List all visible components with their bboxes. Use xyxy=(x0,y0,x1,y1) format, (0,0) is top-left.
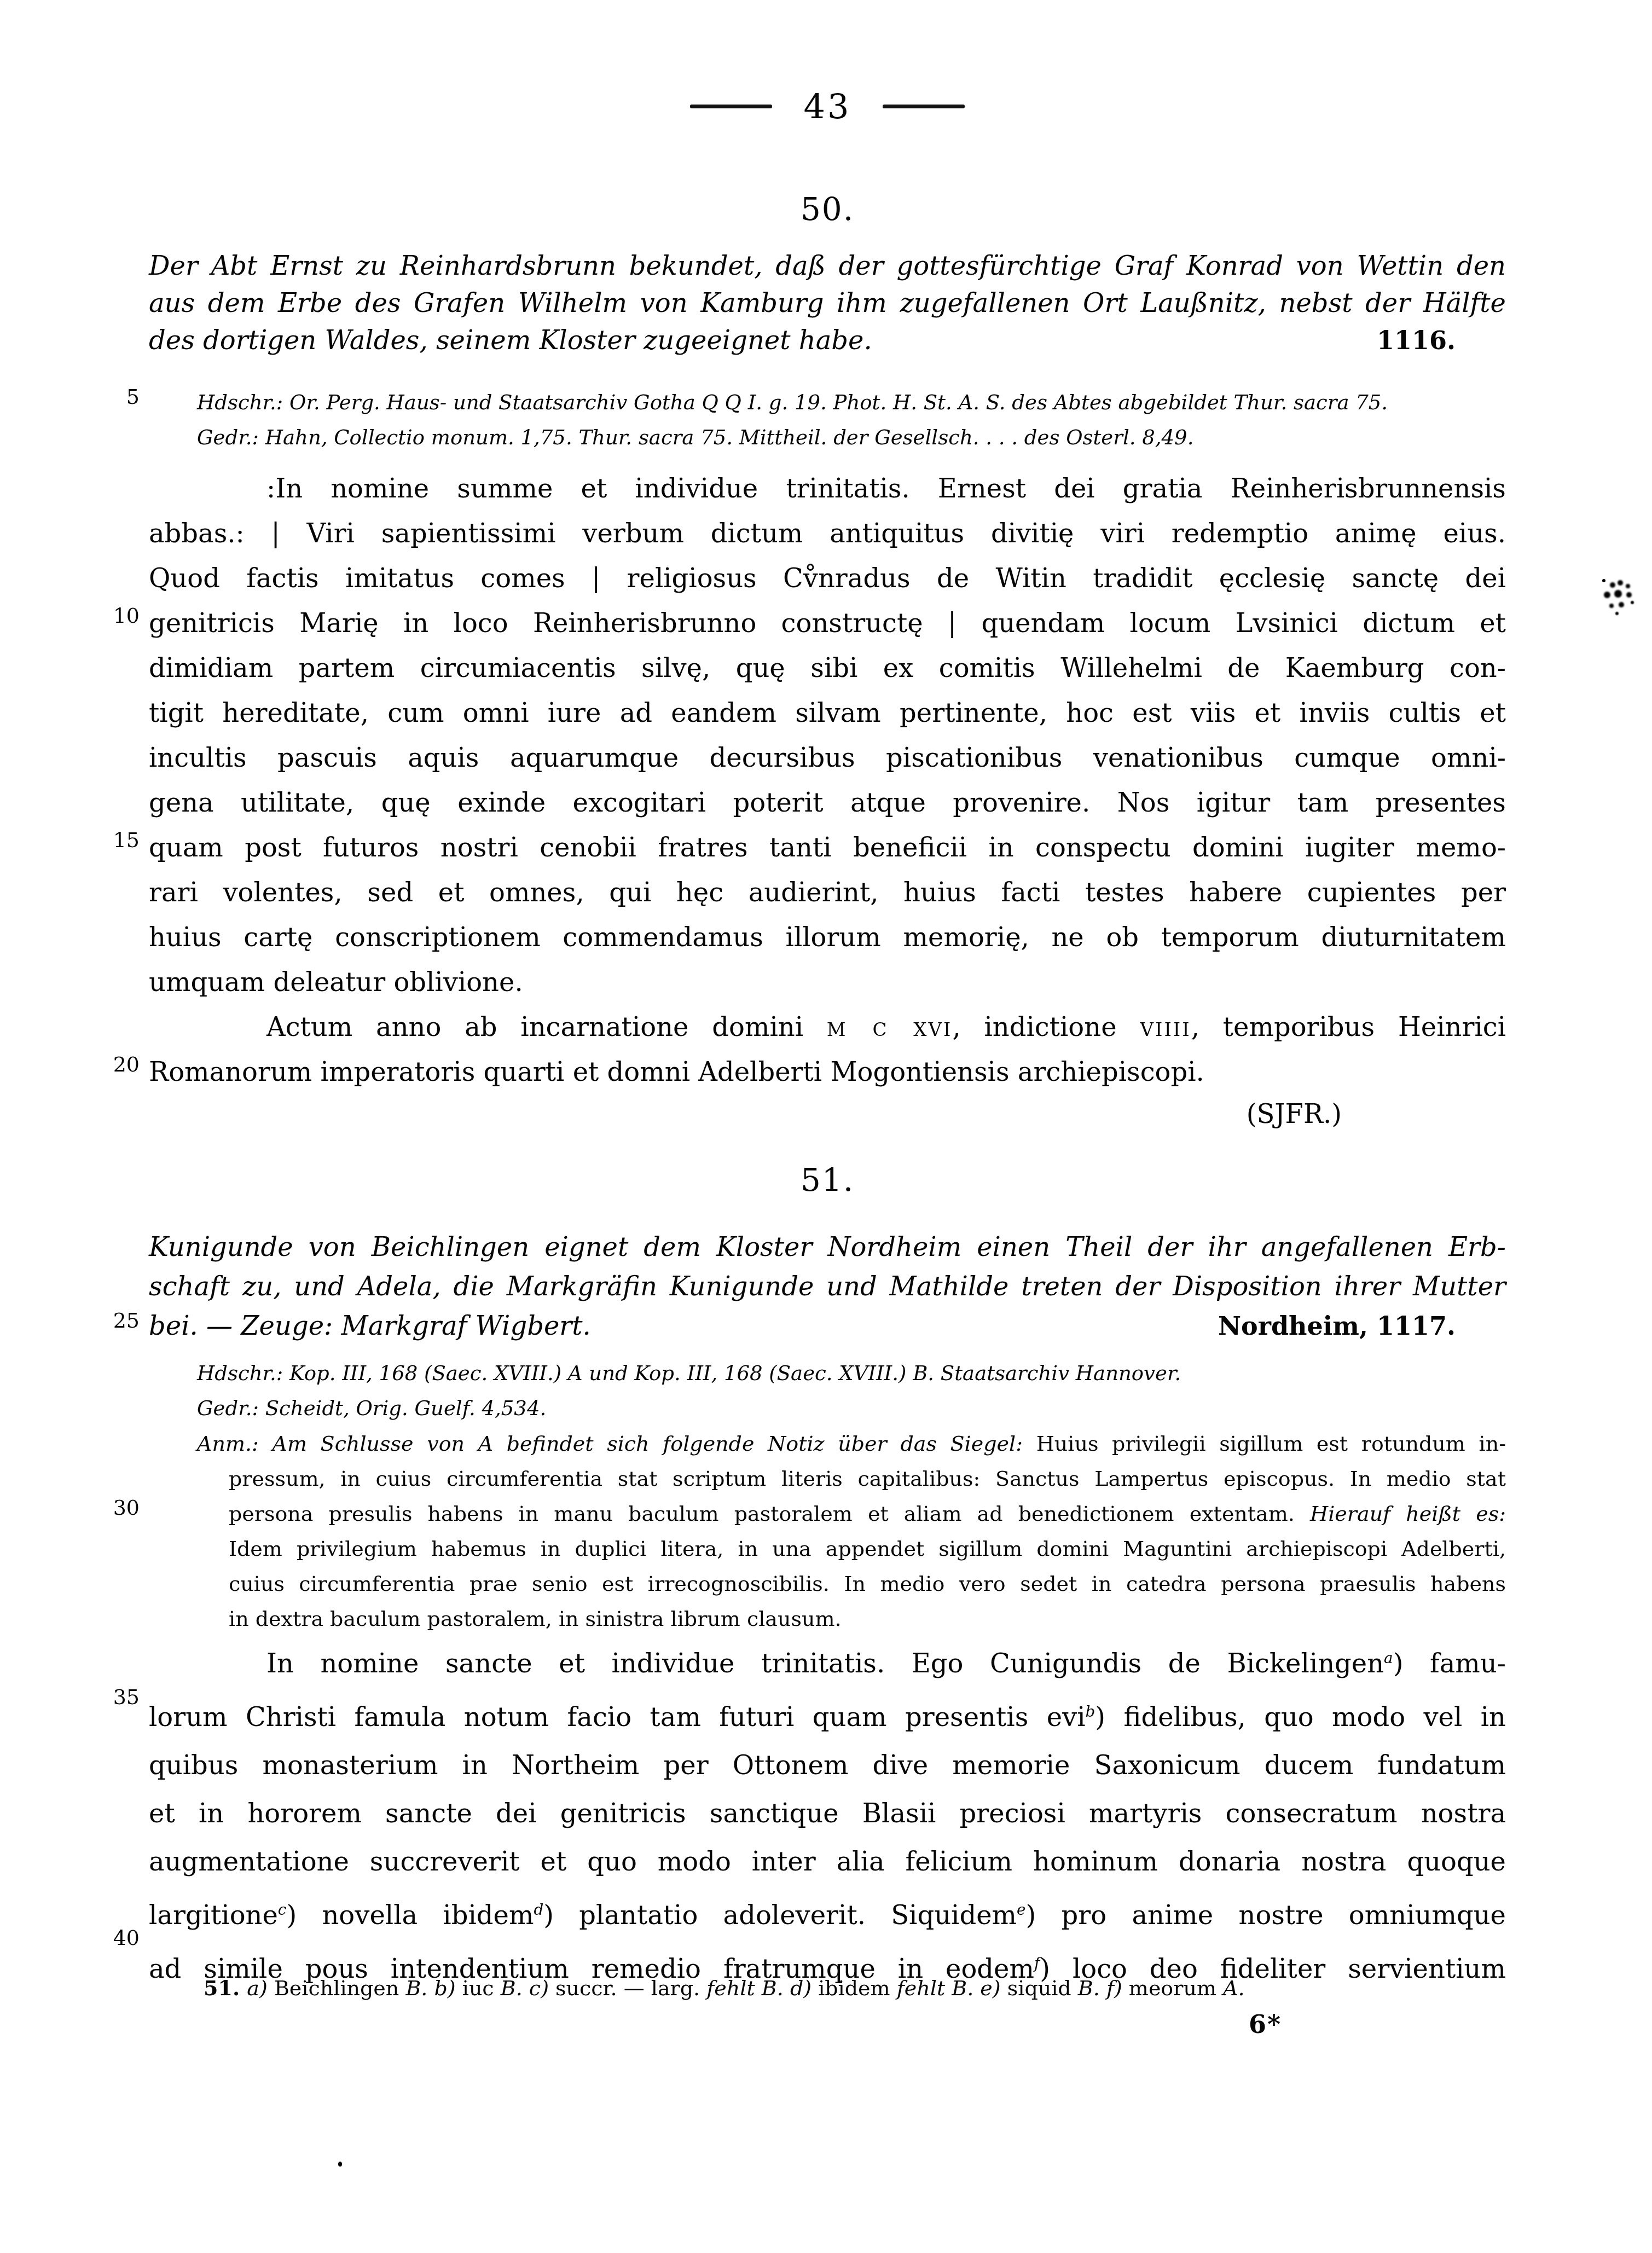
body-line: umquam deleatur oblivione. xyxy=(149,960,1506,1005)
margin-line-number: 10 xyxy=(77,605,140,626)
anm-line: Idem privilegium habemus in duplici lite… xyxy=(197,1531,1506,1566)
doc51-body: In nomine sancte et individue trinitatis… xyxy=(149,1634,1506,1993)
anm-line: cuius circumferentia prae senio est irre… xyxy=(197,1566,1506,1601)
body-line: Romanorum imperatoris quarti et domni Ad… xyxy=(149,1050,1506,1094)
header-dash-right xyxy=(883,105,965,108)
margin-line-number: 15 xyxy=(77,830,140,850)
body-line: largitionec) novella ibidemd) plantatio … xyxy=(149,1886,1506,1939)
margin-line-number: 25 xyxy=(77,1310,140,1331)
body-line: incultis pascuis aquis aquarumque decurs… xyxy=(149,735,1506,780)
body-line: dimidiam partem circumiacentis silvę, qu… xyxy=(149,646,1506,691)
doc50-sources: Hdschr.: Or. Perg. Haus- und Staatsarchi… xyxy=(197,385,1506,455)
anm-line: pressum, in cuius circumferentia stat sc… xyxy=(197,1461,1506,1496)
summary-line: Der Abt Ernst zu Reinhardsbrunn bekundet… xyxy=(149,247,1506,285)
source-line-gedr: Gedr.: Hahn, Collectio monum. 1,75. Thur… xyxy=(197,420,1506,455)
body-line: tigit hereditate, cum omni iure ad eande… xyxy=(149,691,1506,735)
summary-line: bei. — Zeuge: Markgraf Wigbert. xyxy=(149,1306,591,1346)
margin-line-number: 20 xyxy=(77,1054,140,1075)
anm-line: in dextra baculum pastoralem, in sinistr… xyxy=(197,1601,1506,1636)
summary-line: schaft zu, und Adela, die Markgräfin Kun… xyxy=(149,1267,1506,1306)
body-line: abbas.: | Viri sapientissimi verbum dict… xyxy=(149,511,1506,556)
summary-last-line: bei. — Zeuge: Markgraf Wigbert. Nordheim… xyxy=(149,1306,1506,1346)
body-line: gena utilitate, quę exinde excogitari po… xyxy=(149,780,1506,825)
scanned-page: 43 5 10 15 20 25 30 35 40 50. Der Abt Er… xyxy=(0,0,1652,2253)
body-line: rari volentes, sed et omnes, qui hęc aud… xyxy=(149,870,1506,915)
doc50-signature: (SJFR.) xyxy=(149,1099,1506,1130)
body-line: lorum Christi famula notum facio tam fut… xyxy=(149,1688,1506,1741)
summary-last-line: des dortigen Waldes, seinem Kloster zuge… xyxy=(149,322,1506,359)
doc50-heading: 50. xyxy=(149,190,1506,228)
doc51-sources: Hdschr.: Kop. III, 168 (Saec. XVIII.) A … xyxy=(197,1356,1506,1426)
source-line-gedr: Gedr.: Scheidt, Orig. Guelf. 4,534. xyxy=(197,1391,1506,1426)
signature-mark: 6* xyxy=(1249,2009,1282,2039)
regest-ref-1116: 1116. xyxy=(1377,322,1506,359)
body-line: et in hororem sancte dei genitricis sanc… xyxy=(149,1789,1506,1838)
doc51-anm: Anm.: Am Schlusse von A befindet sich fo… xyxy=(197,1426,1506,1636)
body-line: augmentatione succreverit et quo modo in… xyxy=(149,1838,1506,1886)
page-number: 43 xyxy=(804,86,851,126)
body-line: Quod factis imitatus comes | religiosus … xyxy=(149,556,1506,601)
doc50-summary: Der Abt Ernst zu Reinhardsbrunn bekundet… xyxy=(149,247,1506,359)
body-line: Actum anno ab incarnatione domini m c xv… xyxy=(149,1005,1506,1050)
source-line-hdschr: Hdschr.: Or. Perg. Haus- und Staatsarchi… xyxy=(197,385,1506,420)
doc51-summary: Kunigunde von Beichlingen eignet dem Klo… xyxy=(149,1227,1506,1346)
summary-line: Kunigunde von Beichlingen eignet dem Klo… xyxy=(149,1227,1506,1267)
body-line: genitricis Marię in loco Reinherisbrunno… xyxy=(149,601,1506,646)
header-dash-left xyxy=(690,105,772,108)
doc51-heading: 51. xyxy=(149,1161,1506,1198)
body-line: quibus monasterium in Northeim per Otton… xyxy=(149,1741,1506,1789)
margin-line-number: 5 xyxy=(77,386,140,407)
body-line: quam post futuros nostri cenobii fratres… xyxy=(149,825,1506,870)
margin-line-number: 30 xyxy=(77,1497,140,1518)
summary-line: des dortigen Waldes, seinem Kloster zuge… xyxy=(149,322,872,359)
ink-speck xyxy=(338,2162,342,2167)
anm-line: persona presulis habens in manu baculum … xyxy=(197,1496,1506,1531)
margin-line-number: 35 xyxy=(77,1687,140,1707)
doc50-body: :In nomine summe et individue trinitatis… xyxy=(149,466,1506,1094)
page-header: 43 xyxy=(149,86,1506,126)
regest-ref-nordheim-1117: Nordheim, 1117. xyxy=(1218,1306,1506,1346)
anm-line: Anm.: Am Schlusse von A befindet sich fo… xyxy=(197,1426,1506,1461)
footnote-line: 51. a) Beichlingen B. b) iuc B. c) succr… xyxy=(204,1976,1245,2000)
source-line-hdschr: Hdschr.: Kop. III, 168 (Saec. XVIII.) A … xyxy=(197,1356,1506,1391)
body-line: In nomine sancte et individue trinitatis… xyxy=(149,1634,1506,1688)
body-line: huius cartę conscriptionem commendamus i… xyxy=(149,915,1506,960)
margin-line-number: 40 xyxy=(77,1927,140,1948)
body-line: :In nomine summe et individue trinitatis… xyxy=(149,466,1506,511)
ink-smudge xyxy=(1602,579,1605,582)
summary-line: aus dem Erbe des Grafen Wilhelm von Kamb… xyxy=(149,285,1506,322)
